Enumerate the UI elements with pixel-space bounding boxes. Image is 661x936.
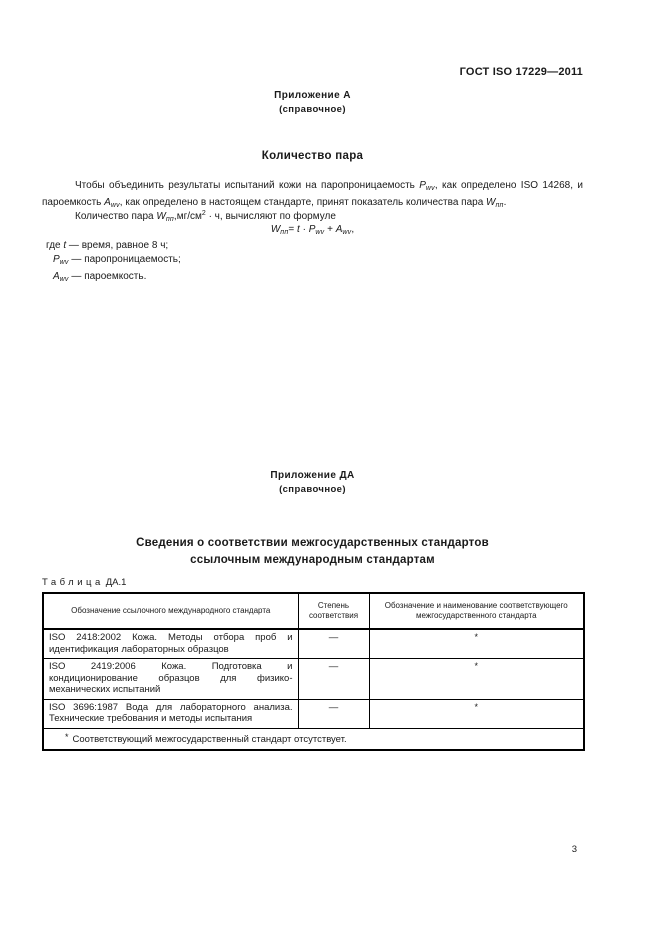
table-header-degree: Степень соответствия xyxy=(298,593,369,629)
cell-standard: ISO 3696:1987 Вода для лабораторного ана… xyxy=(43,699,298,728)
var-awv: A xyxy=(53,271,60,282)
document-page: ГОСТ ISO 17229—2011 Приложение А (справо… xyxy=(0,0,661,936)
var-pwv-sub: wv xyxy=(315,229,324,236)
cell-standard: ISO 2418:2002 Кожа. Методы отбора проб и… xyxy=(43,629,298,659)
appendix-a-subtitle: (справочное) xyxy=(42,104,583,115)
doc-code: ГОСТ ISO 17229—2011 xyxy=(42,66,583,78)
plus-sign: + xyxy=(324,224,335,235)
var-pwv-sub: wv xyxy=(60,259,69,266)
cell-correspondence: * xyxy=(369,659,584,700)
cell-standard: ISO 2419:2006 Кожа. Подготовка и кондици… xyxy=(43,659,298,700)
da-heading-line1: Сведения о соответствии межгосударственн… xyxy=(42,535,583,552)
text-run: — время, равное 8 ч; xyxy=(66,240,168,251)
table-label-word: Таблица xyxy=(42,577,104,588)
appendix-da-subtitle: (справочное) xyxy=(42,484,583,495)
equals-sign: = xyxy=(288,224,297,235)
var-wpp-sub: пп xyxy=(166,216,174,223)
formula: Wпп= t · Pwv + Awv, xyxy=(42,224,583,236)
table-row: ISO 2419:2006 Кожа. Подготовка и кондици… xyxy=(43,659,584,700)
var-pwv: P xyxy=(53,254,60,265)
text-run: ,мг/см xyxy=(174,211,202,222)
text-run: где xyxy=(46,240,63,251)
footnote-marker-asterisk: * xyxy=(65,732,69,742)
where-line-awv: Awv — пароемкость. xyxy=(53,270,583,287)
where-definitions: где t — время, равное 8 ч; Pwv — паропро… xyxy=(42,239,583,287)
var-awv-sub: wv xyxy=(60,276,69,283)
table-row: ISO 2418:2002 Кожа. Методы отбора проб и… xyxy=(43,629,584,659)
text-run: — паропроницаемость; xyxy=(69,254,181,265)
text-run: Количество пара xyxy=(75,211,156,222)
table-footnote: *Соответствующий межгосударственный стан… xyxy=(43,728,584,750)
cell-degree: — xyxy=(298,659,369,700)
where-line-t: где t — время, равное 8 ч; xyxy=(46,239,583,253)
page-number: 3 xyxy=(42,844,583,855)
text-run: · ч, вычисляют по формуле xyxy=(206,211,336,222)
cell-degree: — xyxy=(298,699,369,728)
table-label-number: ДА.1 xyxy=(106,577,127,588)
where-line-pwv: Pwv — паропроницаемость; xyxy=(53,253,583,270)
footnote-ref-asterisk: * xyxy=(474,632,478,642)
appendix-da-heading: Сведения о соответствии межгосударственн… xyxy=(42,535,583,569)
table-header-correspondence: Обозначение и наименование соответствующ… xyxy=(369,593,584,629)
footnote-text: Соответствующий межгосударственный станд… xyxy=(73,734,347,745)
var-pwv-sub: wv xyxy=(426,185,435,192)
da-heading-line2: ссылочным международным стандартам xyxy=(42,552,583,569)
text-run: Чтобы объединить результаты испытаний ко… xyxy=(75,180,419,191)
multiply-dot: · xyxy=(300,224,309,235)
var-wpp: W xyxy=(156,211,165,222)
appendix-a-title: Приложение А xyxy=(42,90,583,101)
text-run: , xyxy=(351,224,354,235)
cell-degree: — xyxy=(298,629,369,659)
table-row: ISO 3696:1987 Вода для лабораторного ана… xyxy=(43,699,584,728)
cell-correspondence: * xyxy=(369,629,584,659)
correspondence-table: Обозначение ссылочного международного ст… xyxy=(42,592,585,751)
appendix-a-heading: Количество пара xyxy=(42,150,583,162)
table-header-standard: Обозначение ссылочного международного ст… xyxy=(43,593,298,629)
table-label: ТаблицаДА.1 xyxy=(42,577,583,588)
table-header-row: Обозначение ссылочного международного ст… xyxy=(43,593,584,629)
var-wpp: W xyxy=(271,224,280,235)
footnote-ref-asterisk: * xyxy=(474,661,478,671)
cell-correspondence: * xyxy=(369,699,584,728)
var-pwv: P xyxy=(419,180,426,191)
appendix-da-title: Приложение ДА xyxy=(42,470,583,481)
text-run: — пароемкость. xyxy=(69,271,147,282)
table-footnote-row: *Соответствующий межгосударственный стан… xyxy=(43,728,584,750)
footnote-ref-asterisk: * xyxy=(474,702,478,712)
